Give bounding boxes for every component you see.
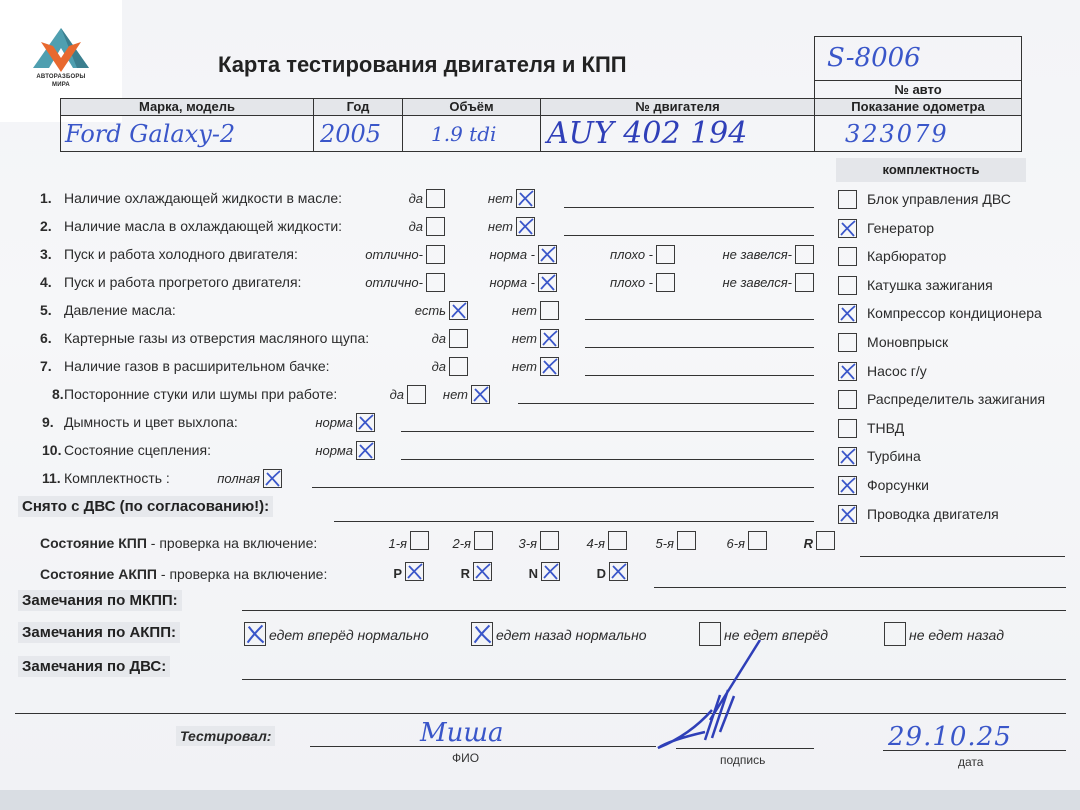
checkmark-x-icon [539,356,560,377]
year-field[interactable]: 2005 [313,115,403,152]
completeness-checkbox[interactable] [838,390,857,409]
option-label: да [409,191,423,206]
remarks-auto-label: Замечания по АКПП: [18,624,180,641]
option-checkbox[interactable] [449,329,468,348]
completeness-checkbox[interactable] [838,362,857,381]
comment-field[interactable] [564,235,814,236]
checkmark-x-icon [608,561,629,582]
checkmark-x-icon [837,504,858,525]
check-label: Комплектность : [64,470,170,486]
comment-field[interactable] [585,347,814,348]
option-label: нет [512,359,537,374]
checkmark-x-icon [470,621,494,647]
checkmark-x-icon [472,561,493,582]
completeness-label: Генератор [867,220,934,236]
auto-remark-label: едет назад нормально [496,627,647,643]
checkmark-x-icon [837,218,858,239]
col-engine-number-header: № двигателя [540,98,815,116]
option-checkbox[interactable] [538,245,557,264]
option-checkbox[interactable] [407,385,426,404]
signature-icon [650,640,770,755]
tester-name-value: Миша [420,718,504,748]
engine-number-value: AUY 402 194 [547,116,747,151]
model-value: Ford Galaxy-2 [65,120,235,148]
checkmark-x-icon [537,244,558,265]
gear-checkbox[interactable] [608,531,627,550]
gear-checkbox[interactable] [473,562,492,581]
completeness-label: Турбина [867,448,921,464]
checkmark-x-icon [837,446,858,467]
auto-gearbox-label: Состояние АКПП - проверка на включение: [40,566,327,582]
completeness-checkbox[interactable] [838,219,857,238]
completeness-checkbox[interactable] [838,304,857,323]
comment-field[interactable] [401,459,814,460]
option-label: нет [488,219,513,234]
paper-edge [0,790,1080,810]
checkmark-x-icon [515,216,536,237]
checkmark-x-icon [837,303,858,324]
option-checkbox[interactable] [656,273,675,292]
gear-checkbox[interactable] [540,531,559,550]
check-label: Дымность и цвет выхлопа: [64,414,238,430]
gear-label: D [597,566,606,581]
check-number: 7. [40,358,52,374]
option-checkbox[interactable] [426,217,445,236]
check-number: 10. [42,442,61,458]
gear-checkbox[interactable] [541,562,560,581]
logo-text-line1: АВТОРАЗБОРЫ [0,74,122,80]
comment-field[interactable] [585,375,814,376]
gear-label: R [461,566,470,581]
check-label: Наличие охлаждающей жидкости в масле: [64,190,342,206]
option-label: норма - [489,275,535,290]
gear-checkbox[interactable] [609,562,628,581]
option-checkbox[interactable] [356,441,375,460]
option-checkbox[interactable] [449,301,468,320]
check-number: 2. [40,218,52,234]
checkmark-x-icon [404,561,425,582]
check-number: 5. [40,302,52,318]
check-label: Давление масла: [64,302,176,318]
completeness-label: Моновпрыск [867,334,948,350]
option-label: да [432,331,446,346]
gear-label: 2-я [452,536,471,551]
engine-number-field[interactable]: AUY 402 194 [540,115,815,152]
checkmark-x-icon [515,188,536,209]
gear-label: 3-я [518,536,537,551]
check-number: 11. [42,470,61,486]
auto-remark-checkbox[interactable] [244,622,266,646]
gear-label: 4-я [586,536,605,551]
checkmark-x-icon [243,621,267,647]
check-number: 9. [42,414,54,430]
completeness-checkbox[interactable] [838,247,857,266]
completeness-label: Распределитель зажигания [867,391,1045,407]
tested-by-label: Тестировал: [176,728,275,744]
option-label: нет [512,331,537,346]
col-odometer-header: Показание одометра [814,98,1022,116]
gear-label: 6-я [726,536,745,551]
option-checkbox[interactable] [449,357,468,376]
completeness-label: Катушка зажигания [867,277,993,293]
completeness-label: Форсунки [867,477,929,493]
col-volume-header: Объём [402,98,541,116]
check-label: Наличие масла в охлаждающей жидкости: [64,218,342,234]
odometer-value: 323079 [845,120,949,148]
auto-remark-label: не едет назад [909,627,1004,643]
checkmark-x-icon [837,475,858,496]
logo-mountain-icon [33,28,89,72]
col-year-header: Год [313,98,403,116]
completeness-checkbox[interactable] [838,476,857,495]
option-label: нет [488,191,513,206]
option-label: отлично- [365,275,423,290]
year-value: 2005 [320,120,381,148]
completeness-label: ТНВД [867,420,904,436]
volume-value: 1.9 tdi [431,122,496,146]
option-label: да [390,387,404,402]
completeness-checkbox[interactable] [838,276,857,295]
signature-caption: подпись [720,753,765,767]
gear-checkbox[interactable] [474,531,493,550]
option-label: нет [512,303,537,318]
page-title: Карта тестирования двигателя и КПП [218,52,627,78]
car-number-field[interactable]: S-8006 [814,36,1022,81]
option-checkbox[interactable] [426,189,445,208]
comment-field[interactable] [585,319,814,320]
comment-field[interactable] [401,431,814,432]
option-label: норма [315,443,353,458]
comment-field[interactable] [312,487,814,488]
check-number: 6. [40,330,52,346]
completeness-label: Карбюратор [867,248,946,264]
option-label: не завелся- [722,247,792,262]
gear-label: 5-я [655,536,674,551]
date-caption: дата [958,755,983,769]
option-checkbox[interactable] [516,217,535,236]
date-value: 29.10.25 [888,722,1012,752]
check-label: Картерные газы из отверстия масляного щу… [64,330,369,346]
option-checkbox[interactable] [795,273,814,292]
gear-checkbox[interactable] [816,531,835,550]
gear-label: R [804,536,813,551]
gear-checkbox[interactable] [748,531,767,550]
check-number: 3. [40,246,52,262]
manual-gearbox-label: Состояние КПП - проверка на включение: [40,535,317,551]
odometer-field[interactable]: 323079 [814,115,1022,152]
checkmark-x-icon [448,300,469,321]
completeness-checkbox[interactable] [838,419,857,438]
logo-text-line2: МИРА [0,82,122,88]
option-label: плохо - [610,247,653,262]
completeness-label: Блок управления ДВС [867,191,1011,207]
check-number: 8. [52,386,64,402]
option-checkbox[interactable] [263,469,282,488]
gear-checkbox[interactable] [410,531,429,550]
check-label: Пуск и работа холодного двигателя: [64,246,298,262]
gear-label: N [529,566,538,581]
option-label: да [409,219,423,234]
option-checkbox[interactable] [538,273,557,292]
check-label: Пуск и работа прогретого двигателя: [64,274,301,290]
option-label: норма - [489,247,535,262]
option-label: полная [217,471,260,486]
auto-remark-label: едет вперёд нормально [269,627,429,643]
completeness-label: Насос г/у [867,363,927,379]
remarks-manual-field[interactable] [242,610,1066,611]
check-label: Состояние сцепления: [64,442,211,458]
col-model-header: Марка, модель [60,98,314,116]
option-label: да [432,359,446,374]
checkmark-x-icon [262,468,283,489]
option-checkbox[interactable] [540,357,559,376]
remarks-manual-label: Замечания по МКПП: [18,592,182,609]
option-checkbox[interactable] [356,413,375,432]
option-checkbox[interactable] [540,301,559,320]
checkmark-x-icon [837,361,858,382]
completeness-checkbox[interactable] [838,190,857,209]
option-checkbox[interactable] [471,385,490,404]
completeness-title: комплектность [836,162,1026,177]
checkmark-x-icon [539,328,560,349]
car-number-label: № авто [814,80,1022,99]
option-label: норма [315,415,353,430]
auto-remark-checkbox[interactable] [884,622,906,646]
checkmark-x-icon [537,272,558,293]
removed-parts-label: Снято с ДВС (по согласованию!): [18,498,273,515]
option-checkbox[interactable] [656,245,675,264]
gear-checkbox[interactable] [677,531,696,550]
checkmark-x-icon [355,412,376,433]
completeness-checkbox[interactable] [838,333,857,352]
remarks-engine-label: Замечания по ДВС: [18,658,170,675]
gear-label: P [393,566,402,581]
model-field[interactable]: Ford Galaxy-2 [60,115,314,152]
option-checkbox[interactable] [426,245,445,264]
car-number-value: S-8006 [827,43,921,73]
check-number: 1. [40,190,52,206]
option-label: не завелся- [722,275,792,290]
manual-gearbox-notes-field[interactable] [860,556,1065,557]
auto-remark-checkbox[interactable] [471,622,493,646]
option-label: отлично- [365,247,423,262]
check-label: Посторонние стуки или шумы при работе: [64,386,337,402]
gear-checkbox[interactable] [405,562,424,581]
completeness-label: Проводка двигателя [867,506,999,522]
option-checkbox[interactable] [516,189,535,208]
name-caption: ФИО [452,751,479,765]
option-label: есть [415,303,446,318]
checkmark-x-icon [355,440,376,461]
check-number: 4. [40,274,52,290]
completeness-checkbox[interactable] [838,447,857,466]
option-checkbox[interactable] [540,329,559,348]
completeness-checkbox[interactable] [838,505,857,524]
gear-label: 1-я [388,536,407,551]
option-label: плохо - [610,275,653,290]
option-label: нет [443,387,468,402]
check-label: Наличие газов в расширительном бачке: [64,358,330,374]
auto-gearbox-notes-field[interactable] [654,587,1066,588]
checkmark-x-icon [540,561,561,582]
remarks-engine-extra-line[interactable] [15,713,1066,714]
comment-field[interactable] [564,207,814,208]
checkmark-x-icon [470,384,491,405]
option-checkbox[interactable] [795,245,814,264]
volume-field[interactable]: 1.9 tdi [402,115,541,152]
completeness-label: Компрессор кондиционера [867,305,1042,321]
removed-parts-field[interactable] [334,521,814,522]
comment-field[interactable] [518,403,814,404]
option-checkbox[interactable] [426,273,445,292]
